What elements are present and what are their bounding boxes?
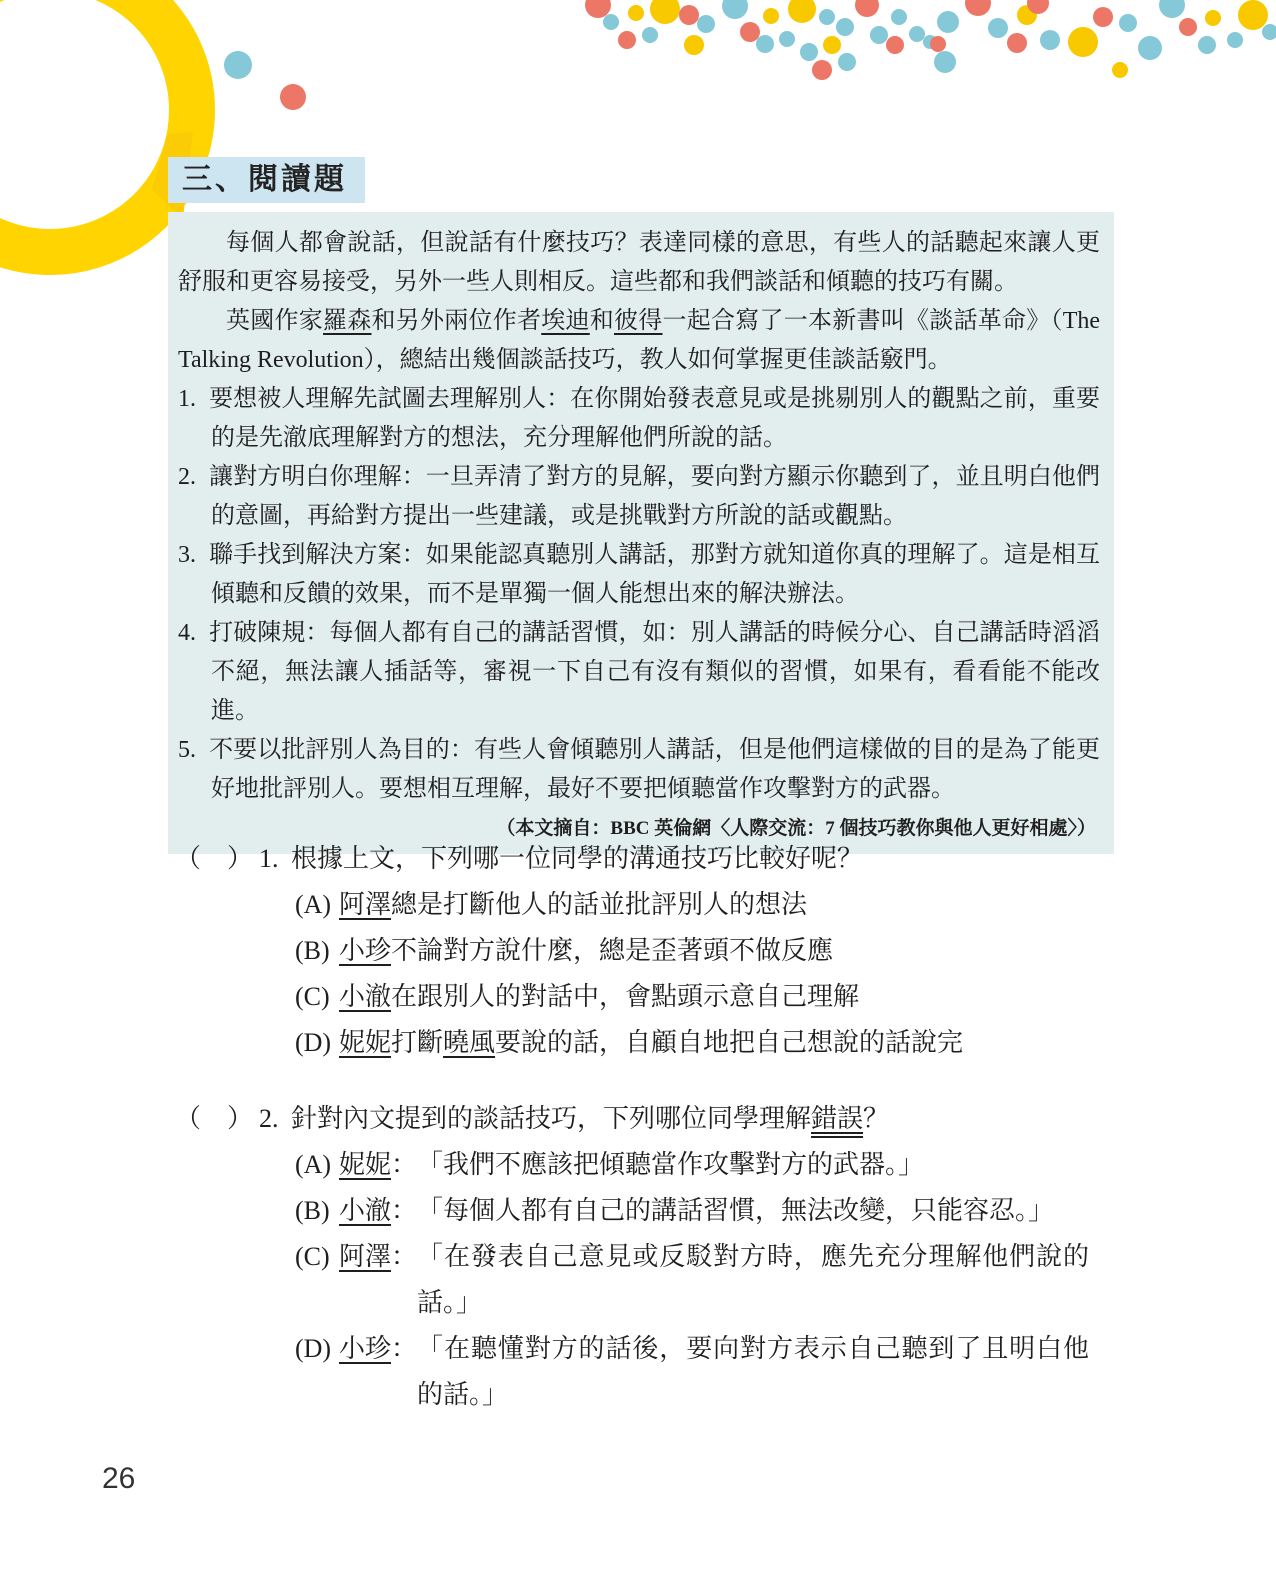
option-label: (B) (295, 1188, 339, 1234)
option-quote: 「在發表自己意見或反駁對方時，應先充分理解他們說的話。」 (417, 1234, 1089, 1326)
yellow-dot (628, 5, 644, 21)
coral-dot (930, 36, 946, 52)
list-item: 2.讓對方明白你理解：一旦弄清了對方的見解，要向對方顯示你聽到了，並且明白他們的… (178, 458, 1100, 536)
blue-dot (1198, 36, 1216, 54)
text-segment: ？ (863, 1104, 889, 1133)
question-1: （ ）1.根據上文，下列哪一位同學的溝通技巧比較好呢？(A)阿澤總是打斷他人的話… (175, 836, 1127, 1066)
coral-dot (1179, 18, 1197, 36)
option-text: 小珍不論對方說什麼，總是歪著頭不做反應 (339, 928, 1127, 974)
option-label: (A) (295, 882, 339, 928)
coral-dot (1007, 33, 1027, 53)
blue-dot (1227, 32, 1243, 48)
underlined-name: 小澈 (339, 982, 391, 1011)
coral-dot (855, 0, 879, 17)
section-title-wrap: 三、閱讀題 (168, 157, 365, 203)
option-label: (C) (295, 1234, 339, 1326)
blue-dot (836, 18, 854, 36)
answer-blank: （ ） (175, 1096, 253, 1142)
option-row: (D)妮妮打斷曉風要說的話，自顧自地把自己想說的話說完 (295, 1020, 1127, 1066)
question-stem: 針對內文提到的談話技巧，下列哪位同學理解錯誤？ (291, 1096, 1127, 1142)
text-segment: 針對內文提到的談話技巧，下列哪位同學理解 (291, 1104, 811, 1133)
yellow-dot (1112, 62, 1128, 78)
yellow-dot (1068, 27, 1098, 57)
list-item-text: 不要以批評別人為目的：有些人會傾聽別人講話，但是他們這樣做的目的是為了能更好地批… (209, 737, 1100, 802)
questions: （ ）1.根據上文，下列哪一位同學的溝通技巧比較好呢？(A)阿澤總是打斷他人的話… (175, 836, 1127, 1448)
person-name: 小澈 (339, 1188, 391, 1234)
blue-dot (1262, 24, 1276, 40)
list-item: 3.聯手找到解決方案：如果能認真聽別人講話，那對方就知道你真的理解了。這是相互傾… (178, 536, 1100, 614)
question-number: 1. (253, 836, 291, 882)
colon-separator: ： (391, 1188, 417, 1234)
passage-paragraphs: 每個人都會說話，但說話有什麼技巧？表達同樣的意思，有些人的話聽起來讓人更舒服和更… (178, 224, 1100, 380)
blue-dot (838, 53, 856, 71)
text-segment: 和 (590, 308, 614, 334)
coral-dot (965, 0, 991, 16)
option-quote: 「每個人都有自己的講話習慣，無法改變，只能容忍。」 (417, 1188, 1089, 1234)
list-item-number: 3. (178, 536, 209, 575)
list-item-number: 1. (178, 380, 209, 419)
blue-dot (819, 9, 835, 25)
option-row: (A)妮妮：「我們不應該把傾聽當作攻擊對方的武器。」 (295, 1142, 1127, 1188)
text-segment: 要說的話，自顧自地把自己想說的話說完 (495, 1028, 963, 1057)
option-label: (C) (295, 974, 339, 1020)
option-text: 阿澤總是打斷他人的話並批評別人的想法 (339, 882, 1127, 928)
options: (A)阿澤總是打斷他人的話並批評別人的想法(B)小珍不論對方說什麼，總是歪著頭不… (295, 882, 1127, 1066)
double-underlined-text: 錯誤 (811, 1104, 863, 1133)
passage-paragraph: 英國作家羅森和另外兩位作者埃迪和彼得一起合寫了一本新書叫《談話革命》（The T… (178, 302, 1100, 380)
yellow-dot (1205, 10, 1221, 26)
question-2: （ ）2.針對內文提到的談話技巧，下列哪位同學理解錯誤？(A)妮妮：「我們不應該… (175, 1096, 1127, 1418)
text-segment: 不論對方說什麼，總是歪著頭不做反應 (391, 936, 833, 965)
underlined-name: 曉風 (443, 1028, 495, 1057)
blue-dot (756, 35, 774, 53)
worksheet-page: 三、閱讀題 每個人都會說話，但說話有什麼技巧？表達同樣的意思，有些人的話聽起來讓… (0, 0, 1276, 1571)
yellow-dot (763, 8, 779, 24)
list-item: 5.不要以批評別人為目的：有些人會傾聽別人講話，但是他們這樣做的目的是為了能更好… (178, 731, 1100, 809)
option-text: 小澈在跟別人的對話中，會點頭示意自己理解 (339, 974, 1127, 1020)
blue-dot (1040, 30, 1060, 50)
answer-blank: （ ） (175, 836, 253, 882)
passage-list: 1.要想被人理解先試圖去理解別人：在你開始發表意見或是挑剔別人的觀點之前，重要的… (178, 380, 1100, 809)
list-item-number: 4. (178, 614, 209, 653)
option-row: (B)小澈：「每個人都有自己的講話習慣，無法改變，只能容忍。」 (295, 1188, 1127, 1234)
blue-dot (988, 18, 1008, 38)
underlined-name: 妮妮 (339, 1028, 391, 1057)
blue-dot (722, 0, 748, 19)
underlined-name: 埃迪 (541, 308, 590, 334)
person-name: 小珍 (339, 1326, 391, 1418)
option-row: (C)小澈在跟別人的對話中，會點頭示意自己理解 (295, 974, 1127, 1020)
blue-dot (1138, 36, 1162, 60)
blue-dot (891, 9, 907, 25)
blue-dot (603, 14, 619, 30)
text-segment: 打斷 (391, 1028, 443, 1057)
colon-separator: ： (391, 1326, 417, 1418)
coral-dot (812, 60, 832, 80)
yellow-dot (650, 0, 680, 24)
section-title: 三、閱讀題 (168, 157, 365, 203)
coral-dot (679, 5, 699, 25)
option-row: (C)阿澤：「在發表自己意見或反駁對方時，應先充分理解他們說的話。」 (295, 1234, 1127, 1326)
blue-dot (1119, 14, 1137, 32)
blue-dot (779, 31, 795, 47)
text-segment: 每個人都會說話，但說話有什麼技巧？表達同樣的意思，有些人的話聽起來讓人更舒服和更… (178, 230, 1100, 295)
option-quote: 「在聽懂對方的話後，要向對方表示自己聽到了且明白他的話。」 (417, 1326, 1089, 1418)
page-number: 26 (102, 1462, 135, 1496)
list-item-number: 5. (178, 731, 209, 770)
option-label: (D) (295, 1020, 339, 1066)
options: (A)妮妮：「我們不應該把傾聽當作攻擊對方的武器。」(B)小澈：「每個人都有自己… (295, 1142, 1127, 1418)
list-item-text: 讓對方明白你理解：一旦弄清了對方的見解，要向對方顯示你聽到了，並且明白他們的意圖… (209, 464, 1100, 529)
coral-dot (1093, 7, 1113, 27)
list-item-text: 要想被人理解先試圖去理解別人：在你開始發表意見或是挑剔別人的觀點之前，重要的是先… (209, 386, 1100, 451)
blue-dot (870, 26, 888, 44)
passage-box: 每個人都會說話，但說話有什麼技巧？表達同樣的意思，有些人的話聽起來讓人更舒服和更… (168, 212, 1114, 854)
underlined-name: 彼得 (614, 308, 663, 334)
underlined-name: 小珍 (339, 936, 391, 965)
blue-dot (800, 43, 818, 61)
coral-dot (886, 36, 904, 54)
person-name: 妮妮 (339, 1142, 391, 1188)
colon-separator: ： (391, 1234, 417, 1326)
list-item-number: 2. (178, 458, 209, 497)
list-item-text: 聯手找到解決方案：如果能認真聽別人講話，那對方就知道你真的理解了。這是相互傾聽和… (209, 542, 1100, 607)
text-segment: 英國作家 (226, 308, 323, 334)
text-segment: 在跟別人的對話中，會點頭示意自己理解 (391, 982, 859, 1011)
blue-dot (224, 51, 252, 79)
option-row: (B)小珍不論對方說什麼，總是歪著頭不做反應 (295, 928, 1127, 974)
question-head: （ ）2.針對內文提到的談話技巧，下列哪位同學理解錯誤？ (175, 1096, 1127, 1142)
yellow-dot (684, 35, 704, 55)
option-label: (D) (295, 1326, 339, 1418)
yellow-dot (788, 0, 816, 23)
underlined-name: 阿澤 (339, 890, 391, 919)
blue-dot (1159, 0, 1185, 18)
colon-separator: ： (391, 1142, 417, 1188)
person-name: 阿澤 (339, 1234, 391, 1326)
yellow-dot (823, 36, 841, 54)
option-row: (D)小珍：「在聽懂對方的話後，要向對方表示自己聽到了且明白他的話。」 (295, 1326, 1127, 1418)
blue-dot (937, 11, 959, 33)
underlined-name: 羅森 (323, 308, 372, 334)
option-row: (A)阿澤總是打斷他人的話並批評別人的想法 (295, 882, 1127, 928)
blue-dot (642, 27, 658, 43)
text-segment: 根據上文，下列哪一位同學的溝通技巧比較好呢？ (291, 844, 863, 873)
text-segment: 和另外兩位作者 (372, 308, 542, 334)
passage-paragraph: 每個人都會說話，但說話有什麼技巧？表達同樣的意思，有些人的話聽起來讓人更舒服和更… (178, 224, 1100, 302)
text-segment: 總是打斷他人的話並批評別人的想法 (391, 890, 807, 919)
option-label: (B) (295, 928, 339, 974)
option-quote: 「我們不應該把傾聽當作攻擊對方的武器。」 (417, 1142, 1089, 1188)
question-number: 2. (253, 1096, 291, 1142)
option-text: 妮妮打斷曉風要說的話，自顧自地把自己想說的話說完 (339, 1020, 1127, 1066)
coral-dot (280, 84, 306, 110)
question-head: （ ）1.根據上文，下列哪一位同學的溝通技巧比較好呢？ (175, 836, 1127, 882)
coral-dot (618, 31, 636, 49)
blue-dot (934, 51, 956, 73)
list-item: 4.打破陳規：每個人都有自己的講話習慣，如：別人講話的時候分心、自己講話時滔滔不… (178, 614, 1100, 731)
blue-dot (697, 15, 715, 33)
list-item-text: 打破陳規：每個人都有自己的講話習慣，如：別人講話的時候分心、自己講話時滔滔不絕，… (209, 620, 1100, 724)
question-stem: 根據上文，下列哪一位同學的溝通技巧比較好呢？ (291, 836, 1127, 882)
option-label: (A) (295, 1142, 339, 1188)
list-item: 1.要想被人理解先試圖去理解別人：在你開始發表意見或是挑剔別人的觀點之前，重要的… (178, 380, 1100, 458)
